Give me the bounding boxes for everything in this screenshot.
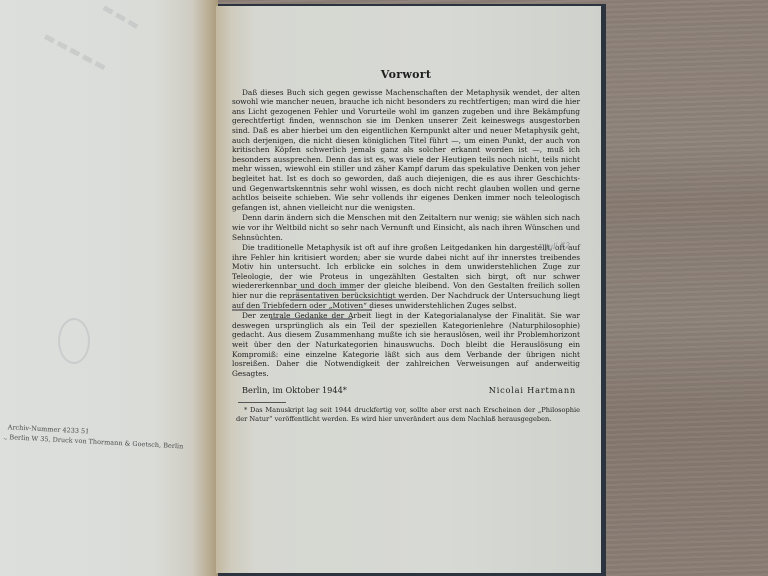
place-date: Berlin, im Oktober 1944* [242, 386, 347, 396]
bleed-through-text: ▬▬▬▬▬ [41, 29, 111, 76]
author-name: Nicolai Hartmann [489, 386, 576, 396]
preface-text-block: Vorwort Daß dieses Buch sich gegen gewis… [232, 70, 580, 423]
pencil-underline [290, 299, 406, 301]
paragraph: Der zentrale Gedanke der Arbeit liegt in… [232, 311, 580, 378]
pencil-underline [296, 289, 356, 291]
left-page: ▬▬▬▬▬ ▬▬▬ Archiv-Nummer 4233 51 ., Berli… [0, 0, 218, 576]
footnote-rule [238, 402, 286, 403]
pencil-underline [270, 318, 352, 320]
paragraph: Daß dieses Buch sich gegen gewisse Mache… [232, 88, 580, 213]
page-title: Vorwort [232, 70, 580, 80]
bleed-through-stamp [58, 318, 90, 364]
bleed-through-text: ▬▬▬ [99, 0, 144, 34]
footnote: * Das Manuskript lag seit 1944 druckfert… [232, 406, 580, 423]
pencil-underline [232, 309, 372, 311]
paragraph: Die traditionelle Metaphysik ist oft auf… [232, 243, 580, 310]
printer-imprint: Archiv-Nummer 4233 51 ., Berlin W 35, Dr… [3, 422, 184, 451]
paragraph: Denn darin ändern sich die Menschen mit … [232, 213, 580, 242]
signature-line: Berlin, im Oktober 1944* Nicolai Hartman… [232, 386, 580, 396]
pencil-margin-note: 1 Juli 72 [538, 241, 571, 252]
